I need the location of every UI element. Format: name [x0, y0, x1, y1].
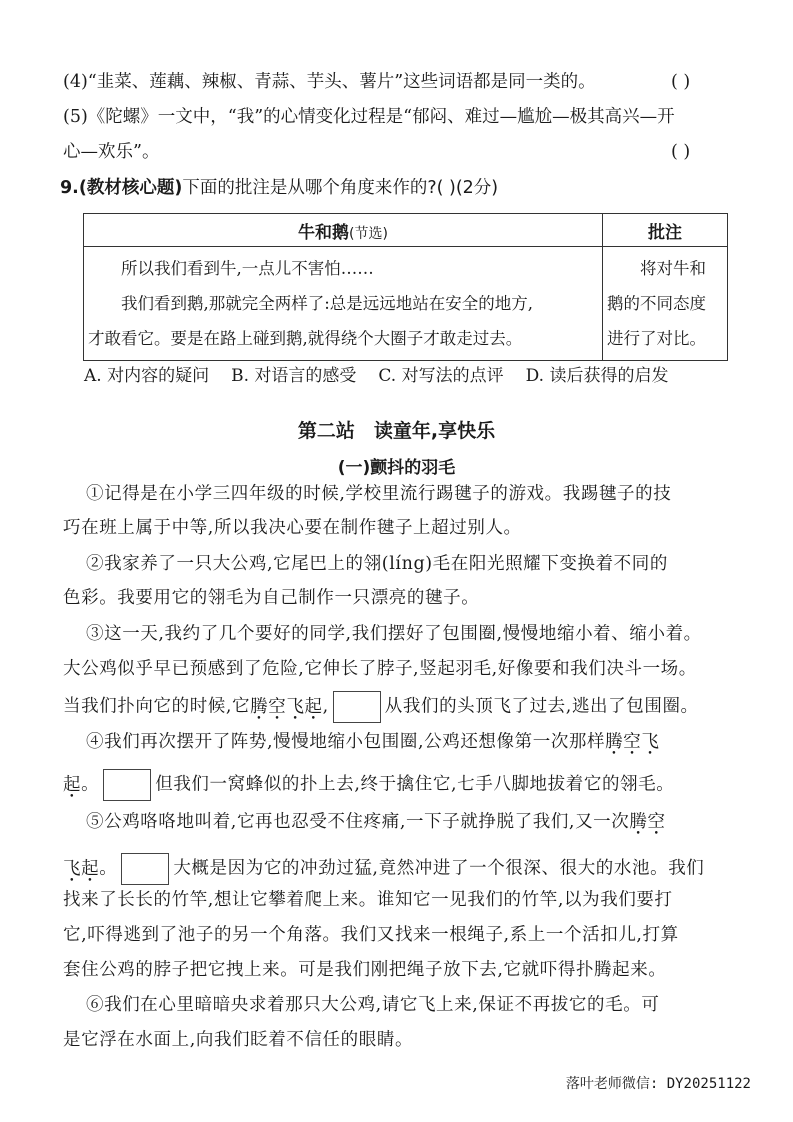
option-a[interactable]: A. 对内容的疑问 — [84, 366, 209, 386]
fill-in-blank-2[interactable] — [103, 769, 151, 801]
paragraph-1-line: 巧在班上属于中等,所以我决心要在制作毽子上超过别人。 — [63, 516, 522, 540]
emphasis-char: 空 — [268, 697, 286, 717]
paragraph-6-line: ⑥我们在心里暗暗央求着那只大公鸡,请它飞上来,保证不再拔它的毛。可 — [86, 993, 659, 1017]
emphasis-char: 空 — [648, 812, 666, 832]
question-text: (4)“韭菜、莲藕、辣椒、青蒜、芋头、薯片”这些词语都是同一类的。 — [63, 72, 596, 92]
emphasis-char: 腾 — [250, 697, 268, 717]
paragraph-6-line: 是它浮在水面上,向我们眨着不信任的眼睛。 — [63, 1028, 413, 1052]
table-header-annotation: 批注 — [603, 214, 728, 247]
question-8-5-line1: (5)《陀螺》一文中，“我”的心情变化过程是“郁闷、难过—尴尬—极其高兴—开 — [63, 105, 675, 129]
emphasis-char: 腾 — [629, 812, 647, 832]
option-b[interactable]: B. 对语言的感受 — [231, 366, 356, 386]
paragraph-5-line: 找来了长长的竹竿,想让它攀着爬上来。谁知它一见我们的竹竿,以为我们要打 — [63, 888, 673, 912]
fill-in-blank-1[interactable] — [333, 691, 381, 723]
section-title: 第二站 读童年,享快乐 — [0, 416, 793, 443]
paragraph-5-line: 它,吓得逃到了池子的另一个角落。我们又找来一根绳子,系上一个活扣儿,打算 — [63, 923, 679, 947]
question-tag: (教材核心题) — [79, 178, 183, 198]
excerpt-line: 我们看到鹅,那就完全两样了:总是远远地站在安全的地方, — [88, 286, 600, 321]
table-header-passage: 牛和鹅(节选) — [84, 214, 603, 247]
paragraph-3-line: ③这一天,我约了几个要好的同学,我们摆好了包围圈,慢慢地缩小着、缩小着。 — [86, 622, 702, 646]
annotation-table: 牛和鹅(节选) 批注 所以我们看到牛,一点儿不害怕…… 我们看到鹅,那就完全两样… — [83, 213, 728, 361]
emphasis-char: 腾 — [605, 732, 623, 752]
emphasis-char: 空 — [623, 732, 641, 752]
paragraph-2-line: ②我家养了一只大公鸡,它尾巴上的翎(líng)毛在阳光照耀下变换着不同的 — [86, 552, 668, 576]
answer-options: A. 对内容的疑问B. 对语言的感受C. 对写法的点评D. 读后获得的启发 — [84, 364, 690, 388]
annotation-line: 进行了对比。 — [607, 321, 725, 356]
paragraph-1-line: ①记得是在小学三四年级的时候,学校里流行踢毽子的游戏。我踢毽子的技 — [86, 482, 671, 506]
answer-paren: ( ) — [671, 140, 690, 164]
option-c[interactable]: C. 对写法的点评 — [378, 366, 503, 386]
emphasis-char: 起 — [63, 775, 81, 795]
paragraph-3-line: 大公鸡似乎早已预感到了危险,它伸长了脖子,竖起羽毛,好像要和我们决斗一场。 — [63, 657, 697, 681]
paragraph-3-line: 当我们扑向它的时候,它腾空飞起,从我们的头顶飞了过去,逃出了包围圈。 — [63, 691, 699, 723]
emphasis-char: 起 — [305, 697, 323, 717]
question-8-4: (4)“韭菜、莲藕、辣椒、青蒜、芋头、薯片”这些词语都是同一类的。 — [63, 70, 596, 94]
annotation-line: 将对牛和 — [607, 251, 725, 286]
passage-excerpt-cell: 所以我们看到牛,一点儿不害怕…… 我们看到鹅,那就完全两样了:总是远远地站在安全… — [84, 247, 603, 361]
option-d[interactable]: D. 读后获得的启发 — [526, 366, 669, 386]
emphasis-char: 飞 — [286, 697, 304, 717]
question-9: 9.(教材核心题)下面的批注是从哪个角度来作的?( )(2分) — [60, 176, 498, 200]
fill-in-blank-3[interactable] — [121, 853, 169, 885]
emphasis-char: 飞 — [641, 732, 659, 752]
paragraph-4-line: 起。但我们一窝蜂似的扑上去,终于擒住它,七手八脚地拔着它的翎毛。 — [63, 769, 674, 801]
annotation-line: 鹅的不同态度 — [607, 286, 725, 321]
question-number: 9. — [60, 178, 79, 198]
paragraph-4-line: ④我们再次摆开了阵势,慢慢地缩小包围圈,公鸡还想像第一次那样腾空飞 — [86, 730, 659, 754]
paragraph-5-line: ⑤公鸡咯咯地叫着,它再也忍受不住疼痛,一下子就挣脱了我们,又一次腾空 — [86, 810, 666, 834]
annotation-cell: 将对牛和 鹅的不同态度 进行了对比。 — [603, 247, 728, 361]
emphasis-char: 起 — [81, 859, 99, 879]
answer-paren: ( ) — [671, 70, 690, 94]
paragraph-5-line: 飞起。大概是因为它的冲劲过猛,竟然冲进了一个很深、很大的水池。我们 — [63, 853, 704, 885]
footer-watermark: 落叶老师微信: DY20251122 — [566, 1073, 751, 1093]
passage-title: (一)颤抖的羽毛 — [0, 453, 793, 478]
question-text: 下面的批注是从哪个角度来作的?( )(2分) — [182, 178, 498, 198]
emphasis-char: 飞 — [63, 859, 81, 879]
question-8-5-line2: 心—欢乐”。 — [63, 140, 159, 164]
paragraph-5-line: 套住公鸡的脖子把它拽上来。可是我们刚把绳子放下去,它就吓得扑腾起来。 — [63, 958, 666, 982]
excerpt-line: 所以我们看到牛,一点儿不害怕…… — [88, 251, 600, 286]
paragraph-2-line: 色彩。我要用它的翎毛为自己制作一只漂亮的毽子。 — [63, 586, 479, 610]
excerpt-line: 才敢看它。要是在路上碰到鹅,就得绕个大圈子才敢走过去。 — [88, 321, 600, 356]
